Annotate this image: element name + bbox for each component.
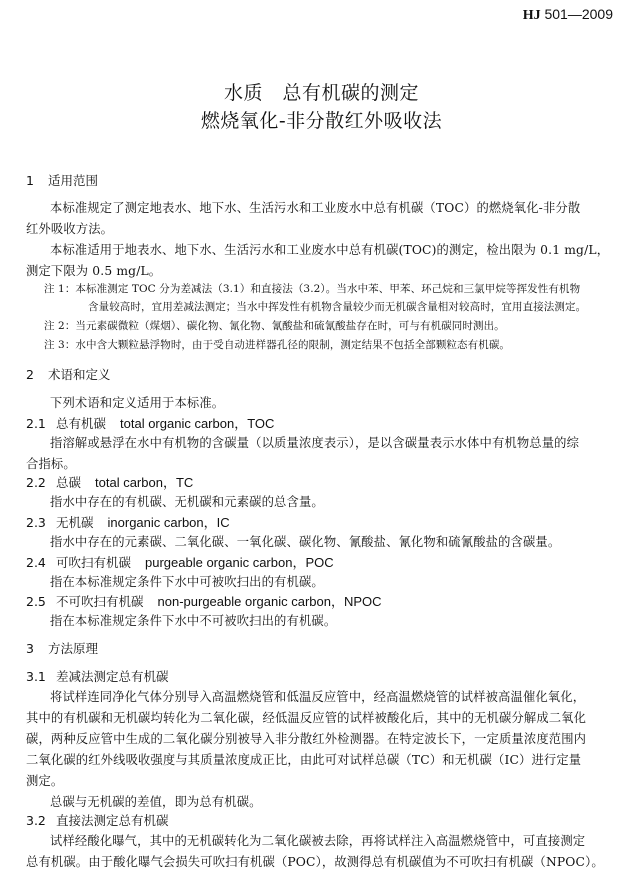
section-1-heading: 1适用范围 — [26, 171, 98, 189]
term-definition: 合指标。 — [26, 454, 76, 472]
paragraph: 测定下限为 0.5 mg/L。 — [26, 261, 161, 279]
paragraph: 其中的有机碳和无机碳均转化为二氧化碳，经低温反应管的试样被酸化后，其中的无机碳分… — [26, 708, 586, 726]
subsection-3-1-heading: 3.1差减法测定总有机碳 — [26, 667, 169, 685]
paragraph: 红外吸收方法。 — [26, 219, 113, 237]
term-en: total carbon，TC — [95, 475, 193, 490]
term-definition: 指水中存在的元素碳、二氧化碳、一氧化碳、碳化物、氰酸盐、氰化物和硫氰酸盐的含碳量… — [50, 532, 560, 550]
term-definition: 指溶解或悬浮在水中有机物的含碳量（以质量浓度表示），是以含碳量表示水体中有机物总… — [50, 433, 579, 451]
section-title: 方法原理 — [48, 641, 98, 656]
term-2-2-heading: 2.2总碳total carbon，TC — [26, 472, 193, 491]
term-2-5-heading: 2.5不可吹扫有机碳non-purgeable organic carbon，N… — [26, 591, 382, 610]
paragraph: 总有机碳。由于酸化曝气会损失可吹扫有机碳（POC），故测得总有机碳值为不可吹扫有… — [26, 852, 604, 870]
paragraph: 下列术语和定义适用于本标准。 — [50, 393, 224, 411]
term-number: 2.5 — [26, 594, 56, 609]
subsection-number: 3.2 — [26, 813, 56, 828]
section-number: 2 — [26, 367, 48, 382]
paragraph: 本标准规定了测定地表水、地下水、生活污水和工业废水中总有机碳（TOC）的燃烧氧化… — [50, 198, 580, 216]
note-2: 注 2：当元素碳微粒（煤烟）、碳化物、氰化物、氰酸盐和硫氰酸盐存在时，可与有机碳… — [44, 318, 505, 333]
section-number: 1 — [26, 173, 48, 188]
term-en: total organic carbon，TOC — [120, 416, 274, 431]
term-zh: 不可吹扫有机碳 — [56, 594, 144, 609]
term-zh: 可吹扫有机碳 — [56, 555, 131, 570]
term-en: inorganic carbon，IC — [108, 515, 230, 530]
term-number: 2.3 — [26, 515, 56, 530]
section-2-heading: 2术语和定义 — [26, 365, 111, 383]
paragraph: 本标准适用于地表水、地下水、生活污水和工业废水中总有机碳(TOC)的测定，检出限… — [50, 240, 609, 258]
term-definition: 指水中存在的有机碳、无机碳和元素碳的总含量。 — [50, 492, 324, 510]
standard-number: 501—2009 — [541, 6, 613, 22]
subsection-title: 直接法测定总有机碳 — [56, 813, 169, 828]
section-title: 术语和定义 — [48, 367, 111, 382]
paragraph: 碳，两种反应管中生成的二氧化碳分别被导入非分散红外检测器。在特定波长下，一定质量… — [26, 729, 586, 747]
paragraph: 总碳与无机碳的差值，即为总有机碳。 — [50, 792, 262, 810]
term-2-3-heading: 2.3无机碳inorganic carbon，IC — [26, 512, 230, 531]
document-title-line2: 燃烧氧化-非分散红外吸收法 — [0, 106, 643, 133]
term-en: purgeable organic carbon，POC — [145, 555, 334, 570]
section-title: 适用范围 — [48, 173, 98, 188]
section-number: 3 — [26, 641, 48, 656]
term-zh: 总有机碳 — [56, 416, 106, 431]
subsection-title: 差减法测定总有机碳 — [56, 669, 169, 684]
paragraph: 二氧化碳的红外线吸收强度与其质量浓度成正比，由此可对试样总碳（TC）和无机碳（I… — [26, 750, 581, 768]
term-zh: 总碳 — [56, 475, 81, 490]
subsection-number: 3.1 — [26, 669, 56, 684]
paragraph: 测定。 — [26, 771, 63, 789]
term-number: 2.1 — [26, 416, 56, 431]
paragraph: 将试样连同净化气体分别导入高温燃烧管和低温反应管中，经高温燃烧管的试样被高温催化… — [50, 687, 585, 705]
term-definition: 指在本标准规定条件下水中不可被吹扫出的有机碳。 — [50, 611, 336, 629]
term-2-1-heading: 2.1总有机碳total organic carbon，TOC — [26, 413, 274, 432]
subsection-3-2-heading: 3.2直接法测定总有机碳 — [26, 811, 169, 829]
term-zh: 无机碳 — [56, 515, 94, 530]
note-1-cont: 含量较高时，宜用差减法测定；当水中挥发性有机物含量较少而无机碳含量相对较高时，宜… — [88, 299, 586, 314]
document-title-line1: 水质 总有机碳的测定 — [0, 78, 643, 105]
note-3: 注 3：水中含大颗粒悬浮物时，由于受自动进样器孔径的限制，测定结果不包括全部颗粒… — [44, 337, 510, 352]
standard-code: HJ 501—2009 — [523, 6, 613, 24]
note-1: 注 1：本标准测定 TOC 分为差减法（3.1）和直接法（3.2）。当水中苯、甲… — [44, 281, 580, 296]
term-number: 2.4 — [26, 555, 56, 570]
term-definition: 指在本标准规定条件下水中可被吹扫出的有机碳。 — [50, 572, 324, 590]
paragraph: 试样经酸化曝气，其中的无机碳转化为二氧化碳被去除，再将试样注入高温燃烧管中，可直… — [50, 831, 585, 849]
term-number: 2.2 — [26, 475, 56, 490]
term-en: non-purgeable organic carbon，NPOC — [158, 594, 382, 609]
standard-prefix: HJ — [523, 8, 541, 23]
section-3-heading: 3方法原理 — [26, 639, 98, 657]
term-2-4-heading: 2.4可吹扫有机碳purgeable organic carbon，POC — [26, 552, 334, 571]
